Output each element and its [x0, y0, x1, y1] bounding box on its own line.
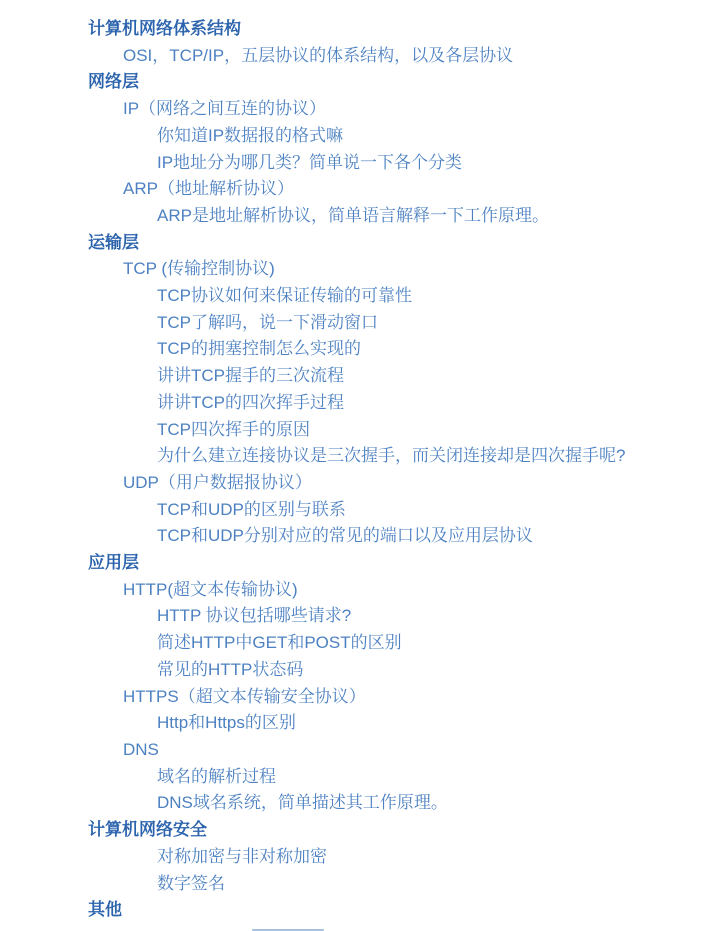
outline-item: 数字签名	[0, 871, 720, 898]
section-heading: 应用层	[0, 550, 720, 577]
outline-item: 为什么建立连接协议是三次握手，而关闭连接却是四次握手呢?	[0, 443, 720, 470]
outline-item: TCP (传输控制协议)	[0, 256, 720, 283]
outline-item: HTTP 协议包括哪些请求?	[0, 603, 720, 630]
outline-item: TCP和UDP的区别与联系	[0, 497, 720, 524]
section-heading: 网络层	[0, 69, 720, 96]
outline-item: IP地址分为哪几类？简单说一下各个分类	[0, 150, 720, 177]
outline-item: 你知道IP数据报的格式嘛	[0, 123, 720, 150]
outline-item: ARP是地址解析协议，简单语言解释一下工作原理。	[0, 203, 720, 230]
outline-item: IP（网络之间互连的协议）	[0, 96, 720, 123]
outline-item: 简述HTTP中GET和POST的区别	[0, 630, 720, 657]
outline-item: 对称加密与非对称加密	[0, 844, 720, 871]
outline: 计算机网络体系结构OSI，TCP/IP，五层协议的体系结构，以及各层协议网络层I…	[0, 0, 720, 924]
outline-item: HTTP(超文本传输协议)	[0, 577, 720, 604]
outline-item: TCP了解吗，说一下滑动窗口	[0, 310, 720, 337]
outline-item: Http和Https的区别	[0, 710, 720, 737]
outline-item: TCP协议如何来保证传输的可靠性	[0, 283, 720, 310]
outline-item: TCP的拥塞控制怎么实现的	[0, 336, 720, 363]
outline-item: OSI，TCP/IP，五层协议的体系结构，以及各层协议	[0, 43, 720, 70]
section-heading: 其他	[0, 897, 720, 924]
outline-item: 讲讲TCP握手的三次流程	[0, 363, 720, 390]
outline-item: UDP（用户数据报协议）	[0, 470, 720, 497]
outline-item: TCP四次挥手的原因	[0, 417, 720, 444]
section-heading: 计算机网络安全	[0, 817, 720, 844]
outline-item: DNS	[0, 737, 720, 764]
outline-item: TCP和UDP分别对应的常见的端口以及应用层协议	[0, 523, 720, 550]
section-heading: 计算机网络体系结构	[0, 16, 720, 43]
outline-item: 常见的HTTP状态码	[0, 657, 720, 684]
outline-item: 域名的解析过程	[0, 764, 720, 791]
outline-item: DNS域名系统，简单描述其工作原理。	[0, 790, 720, 817]
outline-item: HTTPS（超文本传输安全协议）	[0, 684, 720, 711]
section-heading: 运输层	[0, 230, 720, 257]
outline-item: ARP（地址解析协议）	[0, 176, 720, 203]
outline-item: 讲讲TCP的四次挥手过程	[0, 390, 720, 417]
